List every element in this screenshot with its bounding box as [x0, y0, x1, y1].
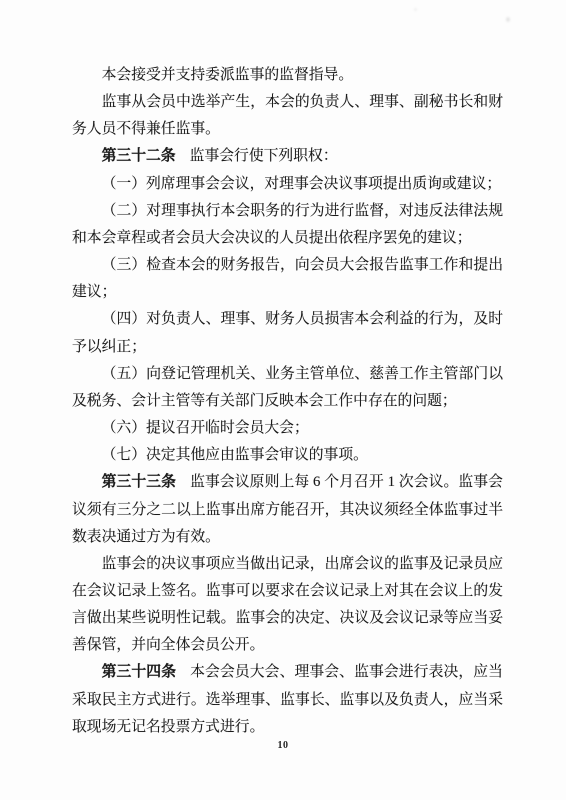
page-number: 10 — [0, 740, 566, 751]
paragraph: （二）对理事执行本会职务的行为进行监督，对违反法律法规和本会章程或者会员大会决议… — [72, 198, 503, 252]
article-paragraph: 第三十二条监事会行使下列职权： — [72, 143, 503, 170]
paragraph-text: （四）对负责人、理事、财务人员损害本会利益的行为，及时予以纠正； — [72, 311, 503, 354]
paragraph-text: 本会接受并支持委派监事的监督指导。 — [102, 67, 354, 83]
document-page: 本会接受并支持委派监事的监督指导。监事从会员中选举产生，本会的负责人、理事、副秘… — [0, 0, 566, 800]
paragraph-text: （五）向登记管理机关、业务主管单位、慈善工作主管部门以及税务、会计主管等有关部门… — [72, 366, 503, 409]
paragraph: （四）对负责人、理事、财务人员损害本会利益的行为，及时予以纠正； — [72, 306, 503, 360]
paragraph: （五）向登记管理机关、业务主管单位、慈善工作主管部门以及税务、会计主管等有关部门… — [72, 361, 503, 415]
document-text-body: 本会接受并支持委派监事的监督指导。监事从会员中选举产生，本会的负责人、理事、副秘… — [72, 62, 503, 741]
paragraph: （一）列席理事会会议，对理事会决议事项提出质询或建议； — [72, 171, 503, 198]
article-paragraph: 第三十三条监事会议原则上每 6 个月召开 1 次会议。监事会议须有三分之二以上监… — [72, 469, 503, 550]
scan-speckle — [506, 17, 510, 22]
paragraph: 监事会的决议事项应当做出记录，出席会议的监事及记录员应在会议记录上签名。监事可以… — [72, 551, 503, 660]
paragraph-text: （三）检查本会的财务报告，向会员大会报告监事工作和提出建议； — [72, 257, 503, 300]
article-paragraph: 第三十四条本会会员大会、理事会、监事会进行表决，应当采取民主方式进行。选举理事、… — [72, 659, 503, 740]
article-number: 第三十三条 — [102, 474, 176, 490]
paragraph: 监事从会员中选举产生，本会的负责人、理事、副秘书长和财务人员不得兼任监事。 — [72, 89, 503, 143]
paragraph-text: 监事会的决议事项应当做出记录，出席会议的监事及记录员应在会议记录上签名。监事可以… — [72, 556, 503, 653]
article-number: 第三十四条 — [102, 664, 177, 680]
paragraph: （六）提议召开临时会员大会； — [72, 415, 503, 442]
paragraph-text: 监事从会员中选举产生，本会的负责人、理事、副秘书长和财务人员不得兼任监事。 — [72, 94, 503, 137]
scan-speckle — [414, 8, 417, 11]
paragraph-text: （二）对理事执行本会职务的行为进行监督，对违反法律法规和本会章程或者会员大会决议… — [72, 203, 503, 246]
paragraph-text: （六）提议召开临时会员大会； — [102, 420, 309, 436]
paragraph-text: 监事会行使下列职权： — [190, 148, 338, 164]
paragraph-text: （一）列席理事会会议，对理事会决议事项提出质询或建议； — [102, 176, 502, 192]
article-number: 第三十二条 — [102, 148, 176, 164]
paragraph: （七）决定其他应由监事会审议的事项。 — [72, 442, 503, 469]
paragraph: （三）检查本会的财务报告，向会员大会报告监事工作和提出建议； — [72, 252, 503, 306]
paragraph: 本会接受并支持委派监事的监督指导。 — [72, 62, 503, 89]
paragraph-text: （七）决定其他应由监事会审议的事项。 — [102, 447, 368, 463]
